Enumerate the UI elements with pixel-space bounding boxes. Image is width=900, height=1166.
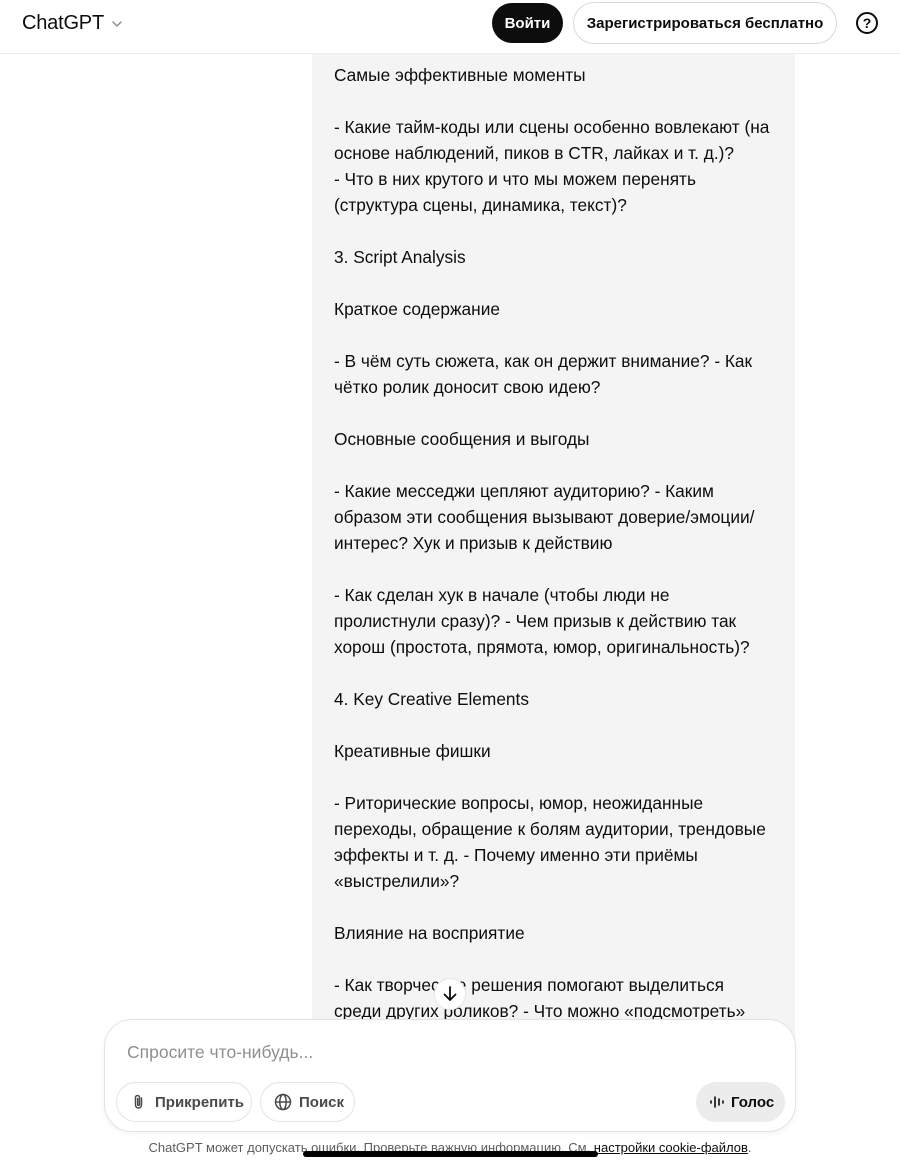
- voice-waveform-icon: [709, 1093, 725, 1111]
- search-button[interactable]: Поиск: [260, 1082, 355, 1122]
- voice-label: Голос: [731, 1094, 774, 1111]
- globe-icon: [273, 1092, 293, 1112]
- message-paragraph: Влияние на восприятие: [334, 920, 773, 946]
- home-indicator: [303, 1151, 598, 1157]
- voice-button[interactable]: Голос: [696, 1082, 785, 1122]
- message-paragraph: - Как сделан хук в начале (чтобы люди не…: [334, 582, 773, 660]
- message-paragraph: Основные сообщения и выгоды: [334, 426, 773, 452]
- message-paragraph: 4. Key Creative Elements: [334, 686, 773, 712]
- message-paragraph: - Как творческие решения помогают выдели…: [334, 972, 773, 1024]
- login-button[interactable]: Войти: [492, 3, 563, 43]
- chevron-down-icon: [110, 17, 124, 31]
- help-glyph: ?: [863, 16, 872, 30]
- composer: Прикрепить Поиск Голос: [104, 1019, 796, 1132]
- message-paragraph: - Какие тайм-коды или сцены особенно вов…: [334, 114, 773, 218]
- attach-label: Прикрепить: [155, 1094, 244, 1111]
- message-bubble: Самые эффективные моменты- Какие тайм-ко…: [312, 54, 795, 1054]
- top-bar: ChatGPT Войти Зарегистрироваться бесплат…: [0, 0, 900, 54]
- message-paragraph: Креативные фишки: [334, 738, 773, 764]
- prompt-input[interactable]: [127, 1038, 767, 1066]
- scroll-to-bottom-button[interactable]: [434, 978, 466, 1010]
- brand-title: ChatGPT: [22, 12, 104, 35]
- help-icon[interactable]: ?: [856, 12, 878, 34]
- message-paragraph: Краткое содержание: [334, 296, 773, 322]
- arrow-down-icon: [441, 985, 459, 1003]
- message-paragraph: Самые эффективные моменты: [334, 62, 773, 88]
- disclaimer: ChatGPT может допускать ошибки. Проверьт…: [0, 1140, 900, 1160]
- message-paragraph: 3. Script Analysis: [334, 244, 773, 270]
- signup-button[interactable]: Зарегистрироваться бесплатно: [573, 2, 837, 44]
- search-label: Поиск: [299, 1094, 344, 1111]
- attach-button[interactable]: Прикрепить: [116, 1082, 252, 1122]
- chatgpt-page: ChatGPT Войти Зарегистрироваться бесплат…: [0, 0, 900, 1166]
- disclaimer-end: .: [748, 1140, 752, 1155]
- message-paragraph: - Какие месседжи цепляют аудиторию? - Ка…: [334, 478, 773, 556]
- message-text: Самые эффективные моменты- Какие тайм-ко…: [334, 62, 773, 1024]
- paperclip-icon: [129, 1092, 149, 1112]
- message-paragraph: - В чём суть сюжета, как он держит внима…: [334, 348, 773, 400]
- cookie-settings-link[interactable]: настройки cookie-файлов: [594, 1140, 748, 1155]
- message-paragraph: - Риторические вопросы, юмор, неожиданны…: [334, 790, 773, 894]
- model-selector[interactable]: ChatGPT: [22, 10, 124, 36]
